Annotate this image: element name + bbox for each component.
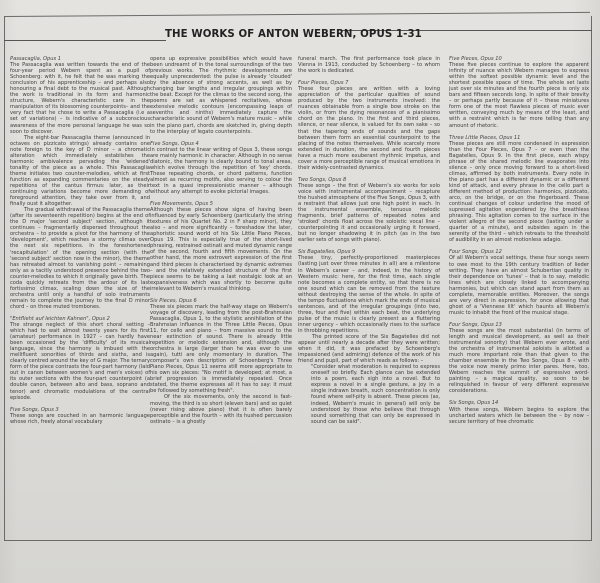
paragraph: These four pieces are written with a lov… [298, 86, 440, 171]
paragraph: These songs – the first of Webern's six … [298, 183, 440, 243]
schoenberg-quote: "Consider what moderation is required to… [298, 364, 440, 424]
paragraph: These songs are the most substantial (in… [449, 328, 589, 395]
section-opus-6-cont: funeral march. The first performance too… [298, 56, 440, 74]
section-opus-14: Six Songs, Opus 14 With these songs, Web… [449, 400, 589, 424]
text-column-1: Passacaglia, Opus 1 The Passacaglia was … [10, 56, 150, 431]
section-passacaglia: Passacaglia, Opus 1 The Passacaglia was … [10, 56, 150, 310]
paragraph: The gradual withdrawal of the Passacagli… [10, 207, 150, 310]
text-column-4: Five Pieces, Opus 10 These five pieces c… [449, 56, 589, 431]
section-opus-9: Six Bagatelles, Opus 9 These tiny, perfe… [298, 249, 440, 424]
paragraph: opens up expressive possibilities which … [150, 56, 292, 135]
section-opus-12: Four Songs, Opus 12 Of all Webern's voca… [449, 249, 589, 316]
section-opus-3: Five Songs, Opus 3 These songs are couch… [10, 407, 150, 425]
section-opus-10: Five Pieces, Opus 10 These five pieces c… [449, 56, 589, 129]
section-opus-5: Five Movements, Opus 5 Although these pi… [150, 201, 292, 292]
paragraph: These pieces are still more condensed in… [449, 141, 589, 244]
section-opus-4: Five Songs, Opus 4 In contrast to the li… [150, 141, 292, 195]
title-rule-left [4, 40, 166, 41]
page-title: THE WORKS OF ANTON WEBERN, OPUS 1-31 [165, 29, 422, 40]
section-opus-2: "Entflieht auf leichten Kahnen", Opus 2 … [10, 316, 150, 401]
paragraph: The eight-bar Passacaglia theme (announc… [10, 135, 150, 208]
paragraph: These songs are couched in an harmonic l… [10, 413, 150, 425]
section-opus-8: Two Songs, Opus 8 These songs – the firs… [298, 177, 440, 244]
paragraph: Of all Webern's vocal settings, these fo… [449, 255, 589, 315]
paragraph: funeral march. The first performance too… [298, 56, 440, 74]
paragraph: These six pieces mark the half-way stage… [150, 304, 292, 395]
paragraph: In contrast to the linear writing of Opu… [150, 147, 292, 195]
paragraph: These tiny, perfectly-proportioned maste… [298, 255, 440, 334]
section-opus-6: Six Pieces, Opus 6 These six pieces mark… [150, 298, 292, 425]
section-opus-11: Three Little Pieces, Opus 11 These piece… [449, 135, 589, 244]
paragraph: These five pieces continue to explore th… [449, 62, 589, 129]
section-opus-7: Four Pieces, Opus 7 These four pieces ar… [298, 80, 440, 171]
paragraph: The printed score of the Six Bagatelles … [298, 334, 440, 364]
text-column-2: opens up expressive possibilities which … [150, 56, 292, 431]
paragraph: Although these pieces show signs of havi… [150, 207, 292, 292]
paragraph: The strange neglect of this short choral… [10, 322, 150, 401]
paragraph: The Passacaglia was written towards the … [10, 62, 150, 135]
section-opus-3-cont: opens up expressive possibilities which … [150, 56, 292, 135]
paragraph: Of the six movements, only the second is… [150, 394, 292, 424]
paragraph: With these songs, Webern begins to explo… [449, 407, 589, 425]
text-column-3: funeral march. The first performance too… [298, 56, 440, 431]
section-opus-13: Four Songs, Opus 13 These songs are the … [449, 322, 589, 395]
